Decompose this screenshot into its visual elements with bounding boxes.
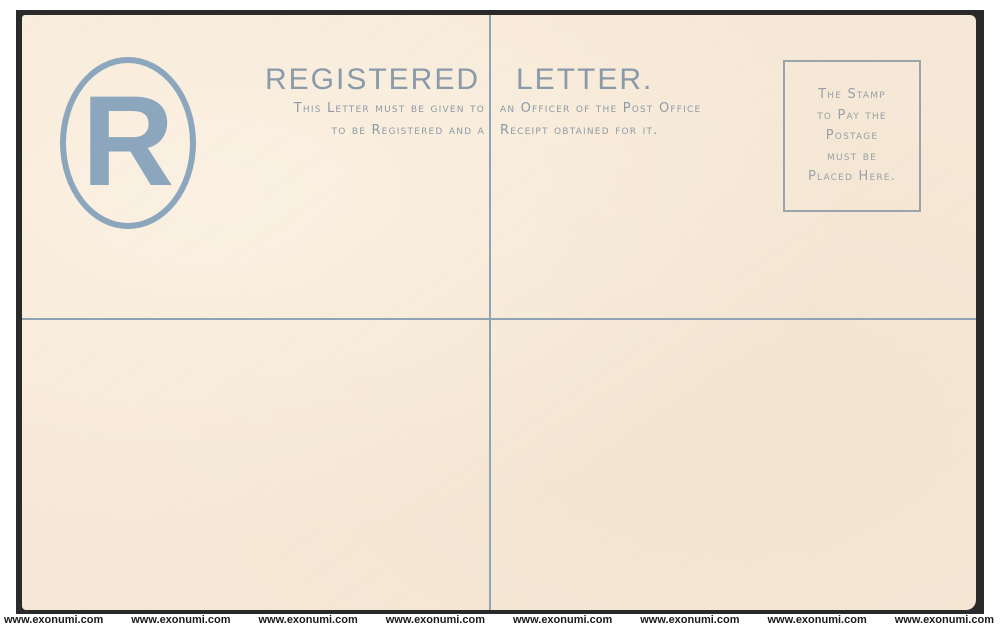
instruction-right-line-2: Receipt obtained for it. bbox=[500, 123, 658, 138]
stamp-box-line: The Stamp bbox=[818, 85, 886, 105]
heading-registered: REGISTERED bbox=[265, 63, 480, 97]
registered-r-oval-icon: R bbox=[60, 57, 196, 229]
watermark-text: www.exonumi.com bbox=[131, 614, 230, 627]
watermark-text: www.exonumi.com bbox=[895, 614, 994, 627]
watermark-text: www.exonumi.com bbox=[4, 614, 103, 627]
watermark-text: www.exonumi.com bbox=[513, 614, 612, 627]
stamp-box-line: Postage bbox=[826, 126, 879, 146]
watermark-strip: www.exonumi.com www.exonumi.com www.exon… bbox=[0, 614, 1000, 627]
registered-r-letter: R bbox=[66, 63, 190, 223]
watermark-text: www.exonumi.com bbox=[768, 614, 867, 627]
instruction-left-line-1: This Letter must be given to bbox=[294, 101, 485, 116]
instruction-left-line-2: to be Registered and a bbox=[332, 123, 485, 138]
heading-letter: LETTER. bbox=[516, 63, 653, 97]
stamp-placement-box: The Stamp to Pay the Postage must be Pla… bbox=[783, 60, 921, 212]
watermark-text: www.exonumi.com bbox=[640, 614, 739, 627]
watermark-text: www.exonumi.com bbox=[259, 614, 358, 627]
horizontal-rule-line bbox=[22, 318, 976, 320]
watermark-text: www.exonumi.com bbox=[386, 614, 485, 627]
instruction-right-line-1: an Officer of the Post Office bbox=[500, 101, 701, 116]
vertical-rule-line bbox=[489, 15, 491, 610]
stamp-box-line: Placed Here. bbox=[808, 167, 896, 187]
stamp-box-line: must be bbox=[827, 147, 877, 167]
registered-letter-envelope: R REGISTERED LETTER. This Letter must be… bbox=[22, 15, 976, 610]
stamp-box-line: to Pay the bbox=[817, 106, 887, 126]
